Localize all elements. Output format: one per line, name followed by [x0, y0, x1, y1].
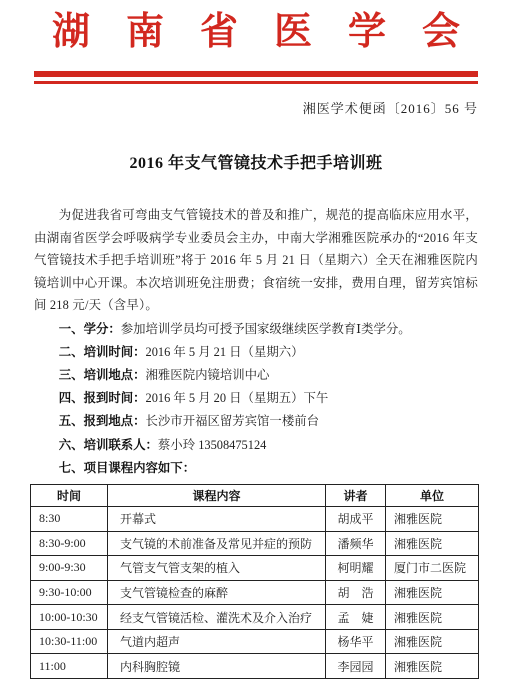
- unit-cell: 湘雅医院: [386, 580, 479, 605]
- course-cell: 气管支气管支架的植入: [108, 556, 326, 581]
- course-cell: 内科胸腔镜: [108, 654, 326, 679]
- table-row: 11:00 内科胸腔镜 李园园 湘雅医院: [31, 654, 479, 679]
- course-cell: 开幕式: [108, 506, 326, 531]
- letterhead-rule-thick: [34, 71, 478, 77]
- unit-cell: 湘雅医院: [386, 629, 479, 654]
- table-header-course: 课程内容: [108, 484, 326, 506]
- table-header-unit: 单位: [386, 484, 479, 506]
- unit-cell: 厦门市二医院: [386, 556, 479, 581]
- table-row: 9:30-10:00 支气管镜检查的麻醉 胡 浩 湘雅医院: [31, 580, 479, 605]
- speaker-cell: 柯明耀: [326, 556, 386, 581]
- table-row: 9:00-9:30 气管支气管支架的植入 柯明耀 厦门市二医院: [31, 556, 479, 581]
- list-item-text: 长沙市开福区留芳宾馆一楼前台: [146, 414, 319, 428]
- time-cell: 8:30-9:00: [31, 531, 108, 556]
- list-item-label: 四、报到时间：: [59, 391, 146, 405]
- list-item-contact: 六、培训联系人：蔡小玲 13508475124: [34, 434, 478, 457]
- table-row: 10:00-10:30 经支气管镜活检、灌洗术及介入治疗 孟 婕 湘雅医院: [31, 605, 479, 630]
- list-item-text: 2016 年 5 月 21 日（星期六）: [146, 345, 304, 359]
- document-number: 湘医学术便函〔2016〕56 号: [34, 100, 478, 118]
- list-item-checkin-time: 四、报到时间：2016 年 5 月 20 日（星期五）下午: [34, 387, 478, 410]
- time-cell: 11:00: [31, 654, 108, 679]
- intro-paragraph: 为促进我省可弯曲支气管镜技术的普及和推广，规范的提高临床应用水平，由湖南省医学会…: [34, 204, 478, 317]
- time-cell: 8:30: [31, 506, 108, 531]
- list-item-label: 一、学分：: [59, 322, 121, 336]
- time-cell: 9:00-9:30: [31, 556, 108, 581]
- course-cell: 支气镜的术前准备及常见并症的预防: [108, 531, 326, 556]
- unit-cell: 湘雅医院: [386, 605, 479, 630]
- speaker-cell: 潘频华: [326, 531, 386, 556]
- list-item-label: 三、培训地点：: [59, 368, 146, 382]
- speaker-cell: 李园园: [326, 654, 386, 679]
- time-cell: 9:30-10:00: [31, 580, 108, 605]
- speaker-cell: 孟 婕: [326, 605, 386, 630]
- list-item-training-place: 三、培训地点：湘雅医院内镜培训中心: [34, 364, 478, 387]
- course-cell: 气道内超声: [108, 629, 326, 654]
- list-item-text: 参加培训学员均可授予国家级继续医学教育Ⅰ类学分。: [121, 322, 411, 336]
- letterhead-title: 湖南省医学会: [34, 6, 510, 58]
- list-item-label: 五、报到地点：: [59, 414, 146, 428]
- list-item-text: 蔡小玲 13508475124: [158, 438, 266, 452]
- info-list: 一、学分：参加培训学员均可授予国家级继续医学教育Ⅰ类学分。 二、培训时间：201…: [34, 318, 478, 480]
- table-header-time: 时间: [31, 484, 108, 506]
- speaker-cell: 胡 浩: [326, 580, 386, 605]
- unit-cell: 湘雅医院: [386, 654, 479, 679]
- list-item-training-time: 二、培训时间：2016 年 5 月 21 日（星期六）: [34, 341, 478, 364]
- list-item-checkin-place: 五、报到地点：长沙市开福区留芳宾馆一楼前台: [34, 410, 478, 433]
- unit-cell: 湘雅医院: [386, 531, 479, 556]
- unit-cell: 湘雅医院: [386, 506, 479, 531]
- list-item-text: 2016 年 5 月 20 日（星期五）下午: [146, 391, 329, 405]
- list-item-label: 六、培训联系人：: [59, 438, 158, 452]
- table-header-speaker: 讲者: [326, 484, 386, 506]
- list-item-credits: 一、学分：参加培训学员均可授予国家级继续医学教育Ⅰ类学分。: [34, 318, 478, 341]
- schedule-table: 时间 课程内容 讲者 单位 8:30 开幕式 胡成平 湘雅医院 8:30-9:0…: [30, 484, 479, 679]
- course-cell: 经支气管镜活检、灌洗术及介入治疗: [108, 605, 326, 630]
- course-cell: 支气管镜检查的麻醉: [108, 580, 326, 605]
- speaker-cell: 胡成平: [326, 506, 386, 531]
- list-item-label: 二、培训时间：: [59, 345, 146, 359]
- document-page: 湖南省医学会 湘医学术便函〔2016〕56 号 2016 年支气管镜技术手把手培…: [0, 0, 510, 684]
- list-item-label: 七、项目课程内容如下：: [59, 461, 195, 475]
- time-cell: 10:30-11:00: [31, 629, 108, 654]
- document-title: 2016 年支气管镜技术手把手培训班: [34, 151, 478, 177]
- table-row: 8:30-9:00 支气镜的术前准备及常见并症的预防 潘频华 湘雅医院: [31, 531, 479, 556]
- letterhead-rule-thin: [34, 81, 478, 84]
- time-cell: 10:00-10:30: [31, 605, 108, 630]
- speaker-cell: 杨华平: [326, 629, 386, 654]
- table-row: 8:30 开幕式 胡成平 湘雅医院: [31, 506, 479, 531]
- list-item-text: 湘雅医院内镜培训中心: [146, 368, 270, 382]
- list-item-course-intro: 七、项目课程内容如下：: [34, 457, 478, 480]
- table-header-row: 时间 课程内容 讲者 单位: [31, 484, 479, 506]
- table-row: 10:30-11:00 气道内超声 杨华平 湘雅医院: [31, 629, 479, 654]
